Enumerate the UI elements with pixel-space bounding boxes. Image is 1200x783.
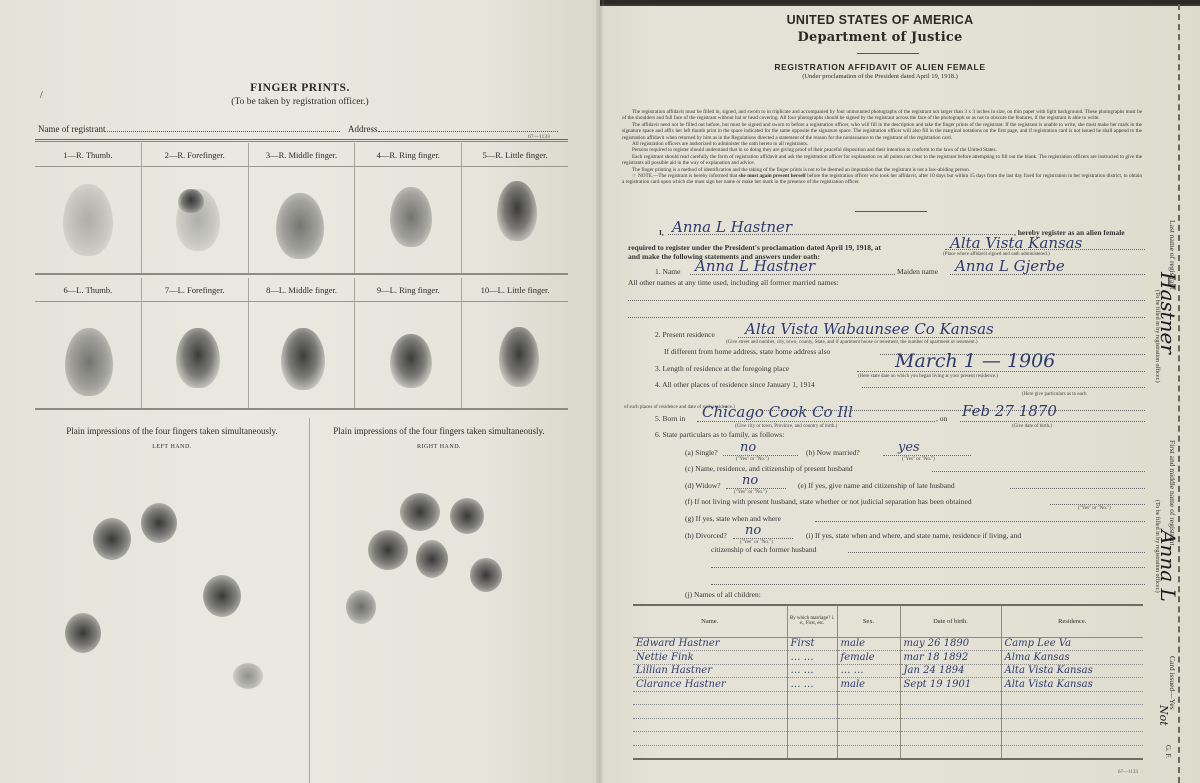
fingerprint-impression bbox=[63, 184, 113, 256]
widow-blank bbox=[726, 488, 786, 489]
place-handwritten: Alta Vista Kansas bbox=[950, 234, 1082, 252]
former-husband-blank-2 bbox=[711, 567, 1145, 568]
fingerprints-title: FINGER PRINTS. bbox=[0, 82, 600, 94]
child-name bbox=[633, 732, 787, 746]
birthplace-blank bbox=[697, 421, 935, 422]
child-marriage bbox=[787, 732, 837, 746]
fingerprint-impression bbox=[276, 193, 324, 259]
home-address-label: If different from home address, state ho… bbox=[664, 347, 830, 356]
fingerprint-impression bbox=[390, 334, 432, 388]
residence-hint: (Give street and number, city, town, cou… bbox=[726, 340, 978, 345]
oath-i-label: I, bbox=[659, 228, 664, 237]
address-blank bbox=[378, 124, 558, 132]
q6a-single-label: (a) Single? bbox=[685, 448, 718, 457]
table-row-empty bbox=[633, 745, 1143, 759]
table-row: Edward Hastner First male may 26 1890 Ca… bbox=[633, 637, 1143, 651]
child-dob bbox=[900, 705, 1001, 719]
married-blank bbox=[883, 455, 971, 456]
child-marriage bbox=[787, 705, 837, 719]
child-name bbox=[633, 718, 787, 732]
child-marriage: … … bbox=[787, 678, 837, 692]
single-handwritten: no bbox=[740, 440, 756, 455]
other-names-label: All other names at any time used, includ… bbox=[628, 278, 839, 287]
margin-strip bbox=[1178, 4, 1200, 783]
fingerprint-impression bbox=[65, 613, 101, 653]
divider bbox=[35, 139, 568, 142]
fingerprint-box bbox=[249, 302, 356, 408]
fingerprint-box bbox=[142, 302, 249, 408]
fingerprint-impression bbox=[450, 498, 484, 534]
birthdate-handwritten: Feb 27 1870 bbox=[962, 402, 1057, 420]
child-residence: Alma Kansas bbox=[1001, 651, 1143, 665]
right-hand-label: RIGHT HAND. bbox=[310, 444, 568, 450]
child-residence bbox=[1001, 705, 1143, 719]
q3-length-label: 3. Length of residence at the foregoing … bbox=[655, 364, 789, 373]
officer-initials: G. F. bbox=[1164, 745, 1172, 759]
child-marriage: First bbox=[787, 637, 837, 651]
fingerprint-box bbox=[142, 167, 249, 273]
fingerprint-box bbox=[35, 302, 142, 408]
child-residence: Alta Vista Kansas bbox=[1001, 664, 1143, 678]
header-divider bbox=[857, 53, 919, 54]
child-residence: Alta Vista Kansas bbox=[1001, 678, 1143, 692]
children-table: Name. By which marriage? i. e., First, e… bbox=[633, 604, 1143, 760]
former-husband-blank-3 bbox=[711, 584, 1145, 585]
child-name: Edward Hastner bbox=[633, 637, 787, 651]
q5-born-label: 5. Born in bbox=[655, 414, 685, 423]
instructions-divider bbox=[855, 211, 927, 212]
child-marriage bbox=[787, 745, 837, 759]
q6b-married-label: (b) Now married? bbox=[806, 448, 860, 457]
fingerprint-impression bbox=[400, 493, 440, 531]
finger-label: 5—R. Little finger. bbox=[462, 143, 568, 166]
plain-impressions-caption: Plain impressions of the four fingers ta… bbox=[310, 426, 568, 436]
children-table-header: Name. By which marriage? i. e., First, e… bbox=[633, 605, 1143, 637]
fingerprint-impression bbox=[65, 328, 113, 396]
child-marriage: … … bbox=[787, 651, 837, 665]
finger-label: 2—R. Forefinger. bbox=[142, 143, 249, 166]
country-heading: UNITED STATES OF AMERICA bbox=[600, 13, 1160, 27]
instruction-note: ☞ NOTE.—The registrant is hereby informe… bbox=[622, 173, 1142, 186]
finger-label: 3—R. Middle finger. bbox=[249, 143, 356, 166]
child-sex: male bbox=[837, 637, 900, 651]
child-name: Clarance Hastner bbox=[633, 678, 787, 692]
fingerprint-impression bbox=[368, 530, 408, 570]
fingerprint-box bbox=[249, 167, 356, 273]
q2-residence-label: 2. Present residence bbox=[655, 330, 715, 339]
q1-name-handwritten: Anna L Hastner bbox=[695, 257, 815, 275]
divorced-blank bbox=[733, 538, 793, 539]
child-sex bbox=[837, 691, 900, 705]
birthdate-hint: (Give date of birth.) bbox=[1012, 424, 1052, 429]
q6e-late-husband-label: (e) If yes, give name and citizenship of… bbox=[798, 481, 955, 490]
fingerprint-box bbox=[462, 302, 568, 408]
single-blank bbox=[723, 455, 798, 456]
child-dob: Sept 19 1901 bbox=[900, 678, 1001, 692]
child-marriage bbox=[787, 691, 837, 705]
q6-family-label: 6. State particulars as to family, as fo… bbox=[655, 430, 784, 439]
form-title: REGISTRATION AFFIDAVIT OF ALIEN FEMALE bbox=[600, 62, 1160, 72]
fingerprint-box bbox=[462, 167, 568, 273]
finger-label: 8—L. Middle finger. bbox=[249, 278, 356, 301]
birthplace-handwritten: Chicago Cook Co Ill bbox=[702, 403, 853, 421]
child-marriage: … … bbox=[787, 664, 837, 678]
left-hand-finger-labels: 6—L. Thumb. 7—L. Forefinger. 8—L. Middle… bbox=[35, 278, 568, 302]
q6f-separation-label: (f) If not living with present husband, … bbox=[685, 497, 972, 506]
fingerprint-page: / FINGER PRINTS. (To be taken by registr… bbox=[0, 0, 600, 783]
right-hand-fingerprint-grid: 1—R. Thumb. 2—R. Forefinger. 3—R. Middle… bbox=[35, 143, 568, 275]
right-hand-finger-labels: 1—R. Thumb. 2—R. Forefinger. 3—R. Middle… bbox=[35, 143, 568, 167]
page-fold bbox=[596, 0, 604, 783]
child-dob bbox=[900, 718, 1001, 732]
child-sex bbox=[837, 705, 900, 719]
other-names-blank-1 bbox=[628, 300, 1145, 301]
child-dob bbox=[900, 691, 1001, 705]
col-header-name: Name. bbox=[633, 605, 787, 637]
table-row-empty bbox=[633, 732, 1143, 746]
child-sex: male bbox=[837, 678, 900, 692]
fingerprint-impression bbox=[497, 181, 537, 241]
birthdate-blank bbox=[960, 421, 1145, 422]
child-name: Lillian Hastner bbox=[633, 664, 787, 678]
on-label: , on bbox=[936, 414, 947, 423]
fingerprint-box bbox=[355, 167, 462, 273]
department-heading: Department of Justice bbox=[600, 30, 1160, 45]
child-dob: mar 18 1892 bbox=[900, 651, 1001, 665]
fingerprints-subtitle: (To be taken by registration officer.) bbox=[0, 97, 600, 107]
fingerprint-box bbox=[35, 167, 142, 273]
table-row: Nettie Fink … … female mar 18 1892 Alma … bbox=[633, 651, 1143, 665]
fingerprint-impression bbox=[203, 575, 241, 617]
first-name-hint: (To be filled in by registration officer… bbox=[1154, 500, 1160, 593]
widow-handwritten: no bbox=[742, 473, 758, 488]
maiden-name-handwritten: Anna L Gjerbe bbox=[955, 257, 1065, 275]
instruction-paragraph: Each registrant should read carefully th… bbox=[622, 154, 1142, 167]
left-hand-label: LEFT HAND. bbox=[35, 444, 309, 450]
table-row-empty bbox=[633, 691, 1143, 705]
husband-blank bbox=[932, 471, 1145, 472]
plain-impressions-section: Plain impressions of the four fingers ta… bbox=[35, 418, 568, 783]
col-header-marriage: By which marriage? i. e., First, etc. bbox=[787, 605, 837, 637]
child-dob bbox=[900, 745, 1001, 759]
fingerprint-impression bbox=[141, 503, 177, 543]
left-hand-prints bbox=[35, 302, 568, 410]
fingerprint-impression bbox=[416, 540, 448, 578]
finger-label: 9—L. Ring finger. bbox=[355, 278, 462, 301]
q1-name-label: 1. Name bbox=[655, 267, 680, 276]
fingerprint-impression bbox=[176, 328, 220, 388]
finger-label: 7—L. Forefinger. bbox=[142, 278, 249, 301]
proclamation-note: (Under proclamation of the President dat… bbox=[600, 73, 1160, 80]
child-residence bbox=[1001, 732, 1143, 746]
child-dob: Jan 24 1894 bbox=[900, 664, 1001, 678]
child-sex bbox=[837, 718, 900, 732]
length-hint: (Here state date on which you began livi… bbox=[858, 374, 998, 379]
other-names-blank-2 bbox=[628, 317, 1145, 318]
child-sex: … … bbox=[837, 664, 900, 678]
fingerprint-impression bbox=[470, 558, 502, 592]
child-dob bbox=[900, 732, 1001, 746]
registrant-name-handwritten: Anna L Hastner bbox=[672, 218, 792, 236]
child-residence bbox=[1001, 691, 1143, 705]
required-text: required to register under the President… bbox=[628, 243, 881, 252]
last-name-hint: (To be filled in by registration officer… bbox=[1154, 290, 1160, 383]
fingerprint-smudge bbox=[233, 663, 263, 689]
length-handwritten: March 1 — 1906 bbox=[895, 350, 1055, 372]
child-name bbox=[633, 705, 787, 719]
instruction-paragraph: The registration affidavit must be fille… bbox=[622, 109, 1142, 122]
instruction-paragraph: The affidavit need not be filled out bef… bbox=[622, 122, 1142, 141]
table-row-empty bbox=[633, 705, 1143, 719]
address-field: Address bbox=[348, 124, 558, 134]
fingerprint-smudge bbox=[178, 189, 204, 213]
name-of-registrant-blank bbox=[105, 124, 340, 132]
finger-label: 6—L. Thumb. bbox=[35, 278, 142, 301]
yes-no-hint: ("Yes" or "No.") bbox=[902, 457, 935, 462]
child-name bbox=[633, 691, 787, 705]
child-name bbox=[633, 745, 787, 759]
document-spread: / FINGER PRINTS. (To be taken by registr… bbox=[0, 0, 1200, 783]
q6h-divorced-label: (h) Divorced? bbox=[685, 531, 727, 540]
yes-no-hint: ("Yes" or "No.") bbox=[736, 457, 769, 462]
other-places-hint: (Here give particulars as to each bbox=[1022, 392, 1087, 397]
form-number: 67—1133 bbox=[1118, 770, 1138, 775]
right-hand-prints bbox=[35, 167, 568, 275]
name-of-registrant-field: Name of registrant bbox=[38, 124, 340, 134]
q6g-when-where-label: (g) If yes, state when and where bbox=[685, 514, 781, 523]
fingerprint-impression bbox=[281, 328, 325, 390]
fingerprint-impression bbox=[346, 590, 376, 624]
address-label: Address bbox=[348, 124, 378, 134]
table-row: Lillian Hastner … … … … Jan 24 1894 Alta… bbox=[633, 664, 1143, 678]
q4-other-places-label: 4. All other places of residence since J… bbox=[655, 380, 815, 389]
instructions-block: The registration affidavit must be fille… bbox=[622, 109, 1142, 186]
fingerprint-box bbox=[355, 302, 462, 408]
name-of-registrant-label: Name of registrant bbox=[38, 124, 105, 134]
table-row: Clarance Hastner … … male Sept 19 1901 A… bbox=[633, 678, 1143, 692]
q6j-children-label: (j) Names of all children: bbox=[685, 590, 761, 599]
fingerprint-impression bbox=[93, 518, 131, 560]
yes-no-hint: ("Yes" or "No.") bbox=[734, 490, 767, 495]
left-hand-plain-impressions: Plain impressions of the four fingers ta… bbox=[35, 418, 310, 783]
child-sex: female bbox=[837, 651, 900, 665]
married-handwritten: yes bbox=[898, 440, 920, 455]
child-residence: Camp Lee Va bbox=[1001, 637, 1143, 651]
separation-blank bbox=[1050, 504, 1145, 505]
right-hand-plain-impressions: Plain impressions of the four fingers ta… bbox=[310, 418, 568, 783]
q6c-husband-label: (c) Name, residence, and citizenship of … bbox=[685, 464, 853, 473]
col-header-residence: Residence. bbox=[1001, 605, 1143, 637]
child-sex bbox=[837, 745, 900, 759]
child-residence bbox=[1001, 718, 1143, 732]
table-row-empty bbox=[633, 718, 1143, 732]
col-header-sex: Sex. bbox=[837, 605, 900, 637]
q6i-former-husband-label-2: citizenship of each former husband bbox=[711, 545, 816, 554]
left-hand-fingerprint-grid: 6—L. Thumb. 7—L. Forefinger. 8—L. Middle… bbox=[35, 278, 568, 410]
other-places-blank bbox=[862, 387, 1145, 388]
child-marriage bbox=[787, 718, 837, 732]
finger-label: 4—R. Ring finger. bbox=[355, 143, 462, 166]
former-husband-blank-1 bbox=[848, 552, 1145, 553]
plain-impressions-caption: Plain impressions of the four fingers ta… bbox=[35, 426, 309, 436]
fingerprint-impression bbox=[390, 187, 432, 247]
late-husband-blank bbox=[1010, 488, 1145, 489]
child-dob: may 26 1890 bbox=[900, 637, 1001, 651]
child-name: Nettie Fink bbox=[633, 651, 787, 665]
maiden-name-label: Maiden name bbox=[897, 267, 938, 276]
divorced-handwritten: no bbox=[745, 523, 761, 538]
finger-label: 1—R. Thumb. bbox=[35, 143, 142, 166]
when-where-blank bbox=[815, 521, 1145, 522]
birthplace-hint: (Give city or town, Province, and countr… bbox=[735, 424, 837, 429]
card-issued-handwritten: Not bbox=[1157, 705, 1170, 726]
child-residence bbox=[1001, 745, 1143, 759]
yes-no-hint: ("Yes" or "No.") bbox=[1078, 506, 1111, 511]
col-header-dob: Date of birth. bbox=[900, 605, 1001, 637]
card-issued-label: Card issued—Yes bbox=[1168, 656, 1177, 710]
residence-handwritten: Alta Vista Wabaunsee Co Kansas bbox=[745, 320, 994, 338]
q6d-widow-label: (d) Widow? bbox=[685, 481, 721, 490]
child-sex bbox=[837, 732, 900, 746]
q6i-former-husband-label: (i) If yes, state when and where, and st… bbox=[806, 531, 1021, 540]
fingerprint-impression bbox=[499, 327, 539, 387]
finger-label: 10—L. Little finger. bbox=[462, 278, 568, 301]
